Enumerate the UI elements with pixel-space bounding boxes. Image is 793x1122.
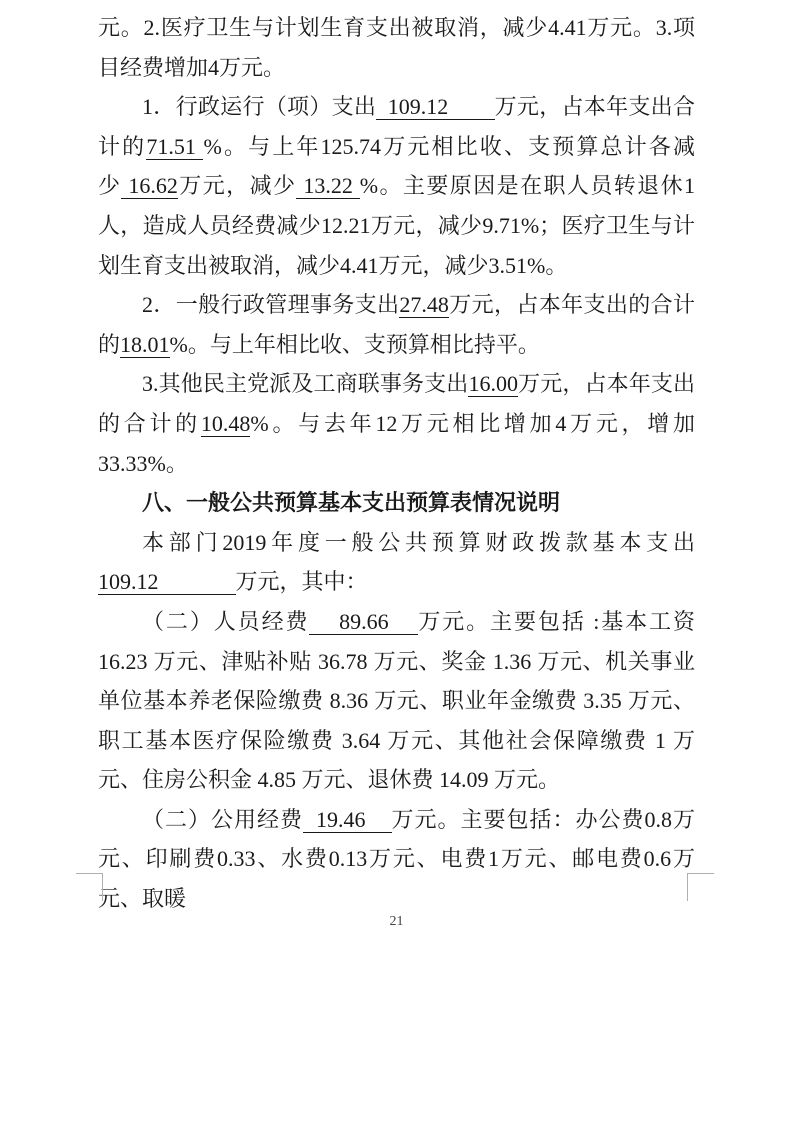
underlined-value: 89.66 [309, 609, 418, 635]
text-segment: 八、一般公共预算基本支出预算表情况说明 [142, 490, 560, 515]
text-segment: 3.其他民主党派及工商联事务支出 [142, 371, 468, 396]
underlined-value: 16.62 [121, 173, 177, 199]
underlined-value: 13.22 [296, 173, 359, 199]
heading-section-8: 八、一般公共预算基本支出预算表情况说明 [98, 483, 695, 523]
para-xingzheng-yunxing: 1．行政运行（项）支出 109.12 万元，占本年支出合计的71.51 %。与上… [98, 87, 695, 285]
text-segment: 2．一般行政管理事务支出 [142, 292, 399, 317]
underlined-value: 10.48 [201, 411, 251, 437]
text-segment: 1．行政运行（项）支出 [142, 94, 376, 119]
para-yiban-xingzheng-guanli: 2．一般行政管理事务支出27.48万元，占本年支出的合计的18.01%。与上年相… [98, 285, 695, 364]
underlined-value: 18.01 [120, 332, 170, 358]
para-gongyong-jingfei: （二）公用经费 19.46 万元。主要包括：办公费0.8万元、印刷费0.33、水… [98, 800, 695, 919]
text-segment: （二）公用经费 [142, 807, 303, 832]
text-segment: 本部门2019年度一般公共预算财政拨款基本支出 [142, 530, 695, 555]
para-renyuan-jingfei: （二）人员经费 89.66 万元。主要包括 :基本工资 16.23 万元、津贴补… [98, 602, 695, 800]
underlined-value: 109.12 [98, 569, 236, 595]
text-segment: 万元。主要包括 :基本工资 16.23 万元、津贴补贴 36.78 万元、奖金 … [98, 609, 695, 792]
text-segment: 万元，减少 [178, 173, 297, 198]
underlined-value: 71.51 [146, 134, 203, 160]
para-qita-minzhu-dangpai: 3.其他民主党派及工商联事务支出16.00万元，占本年支出的合计的10.48%。… [98, 364, 695, 483]
text-segment: （二）人员经费 [142, 609, 309, 634]
document-page: 元。2.医疗卫生与计划生育支出被取消，减少4.41万元。3.项目经费增加4万元。… [0, 0, 793, 1122]
text-boundary-mark-bottom-left [76, 873, 103, 901]
underlined-value: 27.48 [399, 292, 449, 318]
para-continuation: 元。2.医疗卫生与计划生育支出被取消，减少4.41万元。3.项目经费增加4万元。 [98, 8, 695, 87]
text-segment: %。与上年相比收、支预算相比持平。 [170, 332, 540, 357]
underlined-value: 19.46 [303, 807, 392, 833]
underlined-value: 109.12 [376, 94, 494, 120]
text-segment: 元。2.医疗卫生与计划生育支出被取消，减少4.41万元。3.项目经费增加4万元。 [98, 15, 695, 80]
text-segment: 万元，其中： [236, 569, 368, 594]
text-boundary-mark-bottom-right [687, 873, 714, 901]
document-text-area: 元。2.医疗卫生与计划生育支出被取消，减少4.41万元。3.项目经费增加4万元。… [98, 8, 695, 919]
underlined-value: 16.00 [468, 371, 518, 397]
para-jiben-zhichu-zongshu: 本部门2019年度一般公共预算财政拨款基本支出109.12 万元，其中： [98, 523, 695, 602]
page-number: 21 [0, 914, 793, 930]
